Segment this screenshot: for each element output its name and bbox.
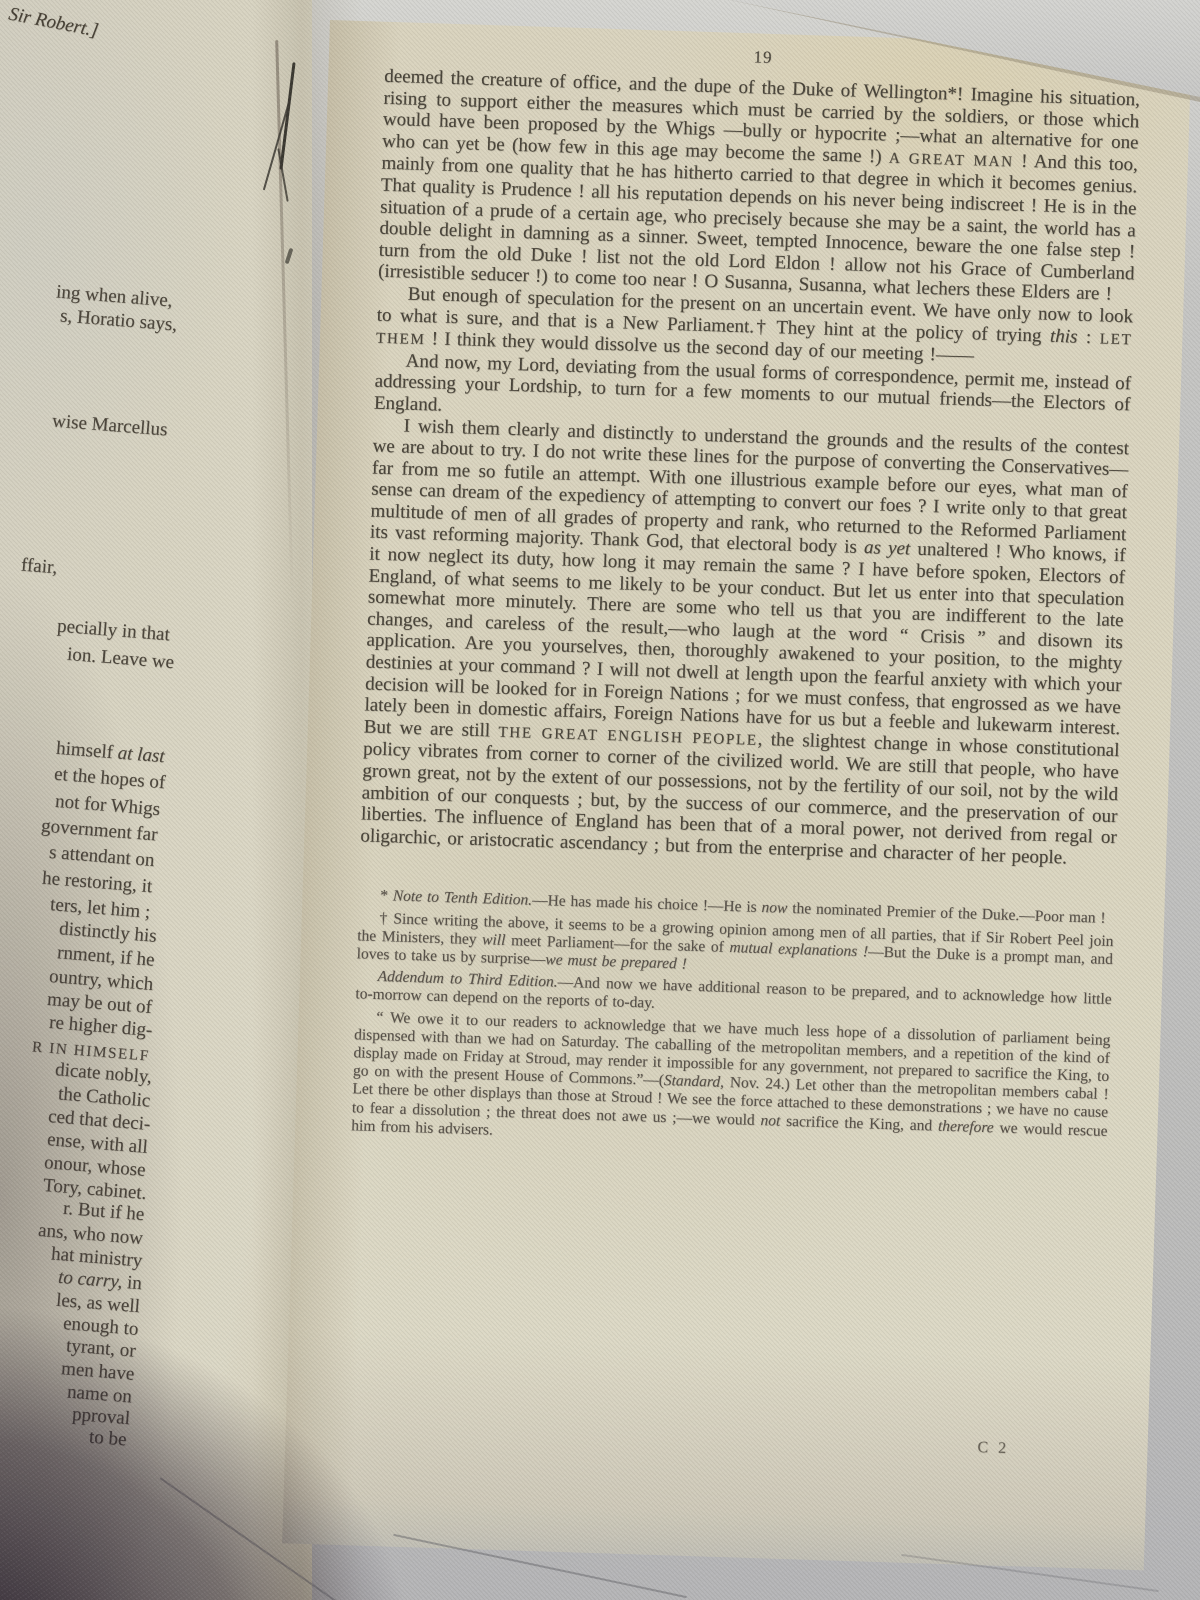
right-page: 19 deemed the creature of office, and th… [282,20,1191,1570]
text-segment: he restoring, it [41,868,153,898]
text-segment: I wish them clearly and distinctly to un… [370,415,1130,558]
text-segment: to carry, [57,1267,123,1293]
text-segment: this [1050,325,1078,347]
left-page: Sir Robert.] ing when alive,s, Horatio s… [0,0,312,1600]
text-segment: not [760,1112,780,1130]
left-page-fragment: ffair, [20,555,58,580]
left-page-fragment: himself at last [56,738,166,768]
left-page-fragment: et the hopes of [53,764,166,795]
text-segment: pproval [71,1404,131,1429]
text-segment: we must be prepared ! [545,951,687,972]
text-segment: Standard [664,1072,721,1091]
text-segment: unaltered ! Who knows, if it now neglect… [363,539,1125,741]
body-text: deemed the creature of office, and the d… [360,66,1140,871]
text-segment: in [122,1272,143,1294]
text-segment: tyrant, or [66,1335,137,1361]
text-segment: himself [56,738,119,764]
text-segment: A GREAT MAN [889,149,1014,170]
text-segment: et the hopes of [53,764,166,794]
left-page-fragment: s attendant on [49,842,156,872]
text-segment: sacrifice the King, and [780,1112,938,1134]
text-segment: therefore [938,1117,994,1136]
text-segment: : [1077,326,1100,348]
text-segment: not for Whigs [54,791,161,820]
signature-mark: C 2 [977,1439,1009,1458]
text-segment: wise Marcellus [52,411,169,441]
text-segment: now [761,899,787,917]
text-segment: ion. Leave we [66,644,174,673]
text-segment: ffair, [20,555,58,579]
text-segment: as yet [864,538,911,560]
paragraph: deemed the creature of office, and the d… [378,66,1140,307]
left-page-fragment: ion. Leave we [66,644,174,674]
left-page-fragment: to be [88,1427,127,1452]
text-segment: —He has made his choice !—He is [532,892,762,916]
footnote: “ We owe it to our readers to acknowledg… [351,1008,1111,1159]
text-segment: will [482,931,506,949]
text-segment: government far [41,815,159,845]
left-page-fragment: pecially in that [56,616,170,647]
paragraph: I wish them clearly and distinctly to un… [360,414,1129,870]
left-page-fragment: wise Marcellus [52,411,169,442]
text-segment: pecially in that [56,616,170,646]
text-segment: s attendant on [49,842,156,871]
text-segment: R IN HIMSELF [32,1038,151,1064]
running-header: Sir Robert.] [7,4,100,43]
left-page-fragment: pproval [71,1404,131,1430]
text-segment: to be [88,1427,127,1451]
left-page-fragment: not for Whigs [54,791,161,821]
text-segment: ! And this too, mainly from one quality … [378,150,1138,305]
text-segment: , the slightest change in whose constitu… [360,729,1120,869]
text-segment: Note to Tenth Edition. [393,888,533,909]
footnotes: * Note to Tenth Edition.—He has made his… [351,887,1114,1159]
text-segment: at last [117,743,165,768]
text-segment: * [380,887,393,904]
text-segment: mutual explanations ! [729,939,868,960]
book-photo: Sir Robert.] ing when alive,s, Horatio s… [0,0,1200,1600]
